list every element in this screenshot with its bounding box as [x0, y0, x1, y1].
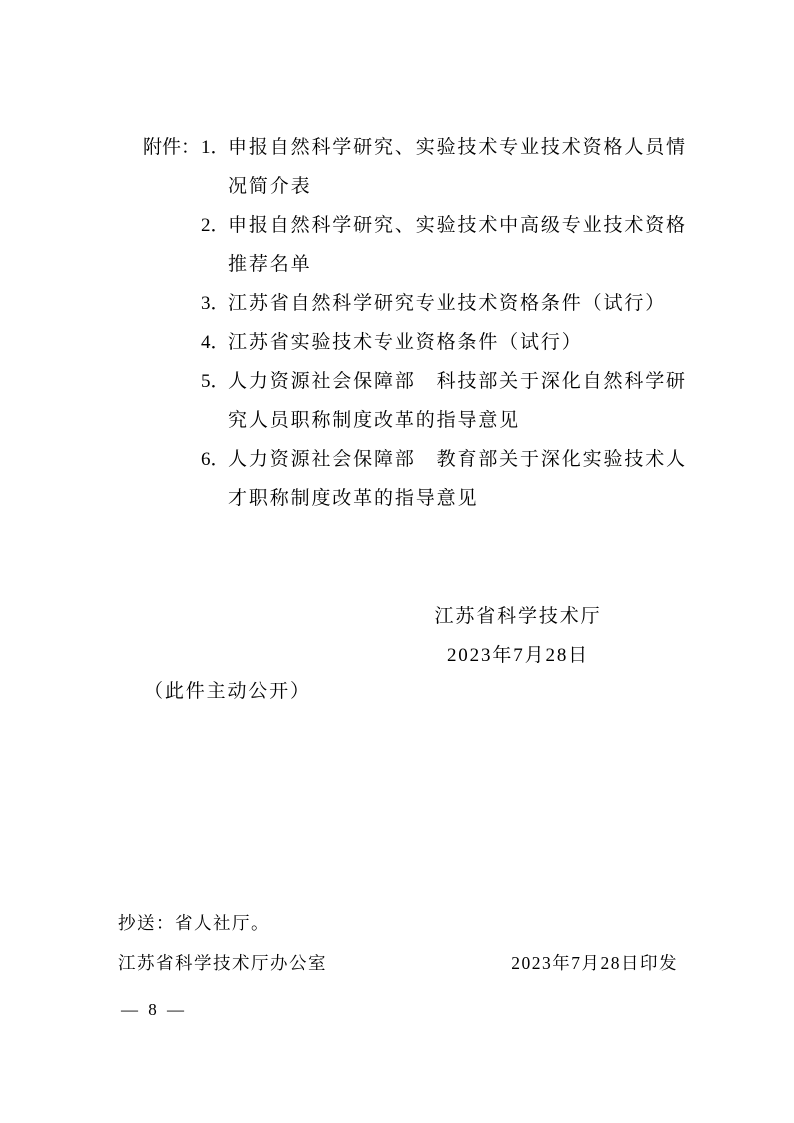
attachment-text: 人力资源社会保障部 教育部关于深化实验技术人 才职称制度改革的指导意见	[228, 440, 687, 518]
attachment-item: 6． 人力资源社会保障部 教育部关于深化实验技术人 才职称制度改革的指导意见	[201, 440, 687, 518]
attachment-number: 2．	[201, 206, 228, 284]
attachment-number: 4．	[201, 323, 228, 362]
issuer-signature: 江苏省科学技术厅	[350, 597, 686, 636]
attachment-item: 3． 江苏省自然科学研究专业技术资格条件（试行）	[201, 284, 687, 323]
attachment-item: 1． 申报自然科学研究、实验技术专业技术资格人员情 况简介表	[201, 128, 687, 206]
attachment-item: 5． 人力资源社会保障部 科技部关于深化自然科学研 究人员职称制度改革的指导意见	[201, 362, 687, 440]
office-name: 江苏省科学技术厅办公室	[118, 943, 327, 983]
attachment-item: 4． 江苏省实验技术专业资格条件（试行）	[201, 323, 687, 362]
footer-section: 抄送：省人社厅。 江苏省科学技术厅办公室 2023年7月28日印发	[118, 903, 678, 983]
signature-block: 江苏省科学技术厅 2023年7月28日	[350, 597, 686, 675]
signature-date: 2023年7月28日	[350, 636, 686, 675]
attachments-list: 1． 申报自然科学研究、实验技术专业技术资格人员情 况简介表 2． 申报自然科学…	[201, 128, 687, 518]
print-date: 2023年7月28日印发	[511, 943, 678, 983]
attachment-item: 2． 申报自然科学研究、实验技术中高级专业技术资格 推荐名单	[201, 206, 687, 284]
attachment-text: 人力资源社会保障部 科技部关于深化自然科学研 究人员职称制度改革的指导意见	[228, 362, 687, 440]
attachment-number: 6．	[201, 440, 228, 518]
attachment-text: 申报自然科学研究、实验技术专业技术资格人员情 况简介表	[228, 128, 687, 206]
footer-print-row: 江苏省科学技术厅办公室 2023年7月28日印发	[118, 943, 678, 983]
attachment-number: 3．	[201, 284, 228, 323]
attachments-label: 附件：	[143, 128, 201, 518]
document-page: 附件： 1． 申报自然科学研究、实验技术专业技术资格人员情 况简介表 2． 申报…	[0, 0, 794, 1123]
disclosure-note: （此件主动公开）	[144, 672, 311, 711]
attachment-text: 江苏省实验技术专业资格条件（试行）	[228, 323, 583, 362]
attachment-number: 1．	[201, 128, 228, 206]
cc-line: 抄送：省人社厅。	[118, 903, 678, 943]
attachment-text: 江苏省自然科学研究专业技术资格条件（试行）	[228, 284, 666, 323]
page-number: — 8 —	[121, 999, 187, 1021]
attachment-number: 5．	[201, 362, 228, 440]
attachment-text: 申报自然科学研究、实验技术中高级专业技术资格 推荐名单	[228, 206, 687, 284]
attachments-section: 附件： 1． 申报自然科学研究、实验技术专业技术资格人员情 况简介表 2． 申报…	[143, 128, 687, 518]
